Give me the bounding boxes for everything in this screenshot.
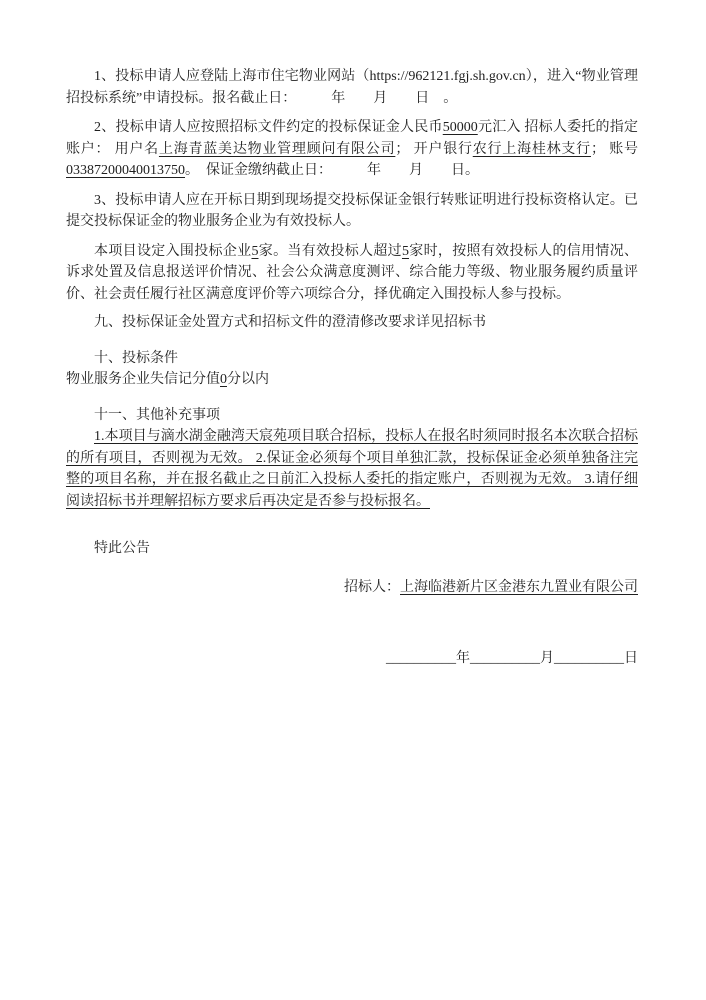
date-month-label: 月 — [540, 651, 554, 666]
paragraph-deposit-text-5: 。 保证金缴纳截止日： 年 月 日。 — [185, 163, 479, 178]
tenderer-label: 招标人： — [344, 580, 400, 595]
paragraph-deposit: 2、投标申请人应按照招标文件约定的投标保证金人民币50000元汇入 招标人委托的… — [66, 117, 638, 182]
closing-statement-text: 特此公告 — [94, 541, 150, 556]
paragraph-deposit-text-3: ； 开户银行 — [395, 142, 472, 157]
section-10-body-text-2: 分以内 — [227, 372, 269, 387]
paragraph-deposit-text-1: 2、投标申请人应按照招标文件约定的投标保证金人民币 — [94, 120, 443, 135]
section-11-heading-text: 十一、其他补充事项 — [94, 408, 220, 423]
document-page: 1、投标申请人应登陆上海市住宅物业网站（https://962121.fgj.s… — [0, 0, 706, 1000]
date-blank-day: __________ — [554, 651, 624, 666]
date-line: __________年__________月__________日 — [66, 648, 638, 670]
paragraph-registration-text: 1、投标申请人应登陆上海市住宅物业网站（https://962121.fgj.s… — [66, 69, 638, 106]
paragraph-qualification-text: 3、投标申请人应在开标日期到现场提交投标保证金银行转账证明进行投标资格认定。已提… — [66, 193, 638, 230]
section-11-heading: 十一、其他补充事项 — [66, 405, 638, 427]
closing-statement: 特此公告 — [66, 538, 638, 560]
section-9-heading: 九、投标保证金处置方式和招标文件的澄清修改要求详见招标书 — [66, 312, 638, 334]
section-11-body: 1.本项目与滴水湖金融湾天宸苑项目联合招标，投标人在报名时须同时报名本次联合招标… — [66, 426, 638, 512]
payee-name: 上海青蓝美达物业管理顾问有限公司 — [159, 142, 395, 157]
section-9-heading-text: 九、投标保证金处置方式和招标文件的澄清修改要求详见招标书 — [94, 315, 486, 330]
paragraph-shortlist-text-2: 家。当有效投标人超过 — [258, 244, 401, 259]
signature-line: 招标人：上海临港新片区金港东九置业有限公司 — [66, 577, 638, 599]
date-day-label: 日 — [624, 651, 638, 666]
paragraph-shortlist-text-1: 本项目设定入围投标企业 — [94, 244, 251, 259]
deposit-amount: 50000 — [443, 120, 478, 135]
date-blank-year: __________ — [386, 651, 456, 666]
paragraph-qualification: 3、投标申请人应在开标日期到现场提交投标保证金银行转账证明进行投标资格认定。已提… — [66, 190, 638, 233]
paragraph-deposit-text-4: ； 账号 — [591, 142, 638, 157]
paragraph-registration: 1、投标申请人应登陆上海市住宅物业网站（https://962121.fgj.s… — [66, 66, 638, 109]
section-10-heading-text: 十、投标条件 — [94, 351, 178, 366]
shortlist-threshold: 5 — [402, 244, 409, 259]
section-11-body-text: 1.本项目与滴水湖金融湾天宸苑项目联合招标，投标人在报名时须同时报名本次联合招标… — [66, 429, 638, 509]
date-blank-month: __________ — [470, 651, 540, 666]
section-10-body-text-1: 物业服务企业失信记分值 — [66, 372, 220, 387]
tenderer-company: 上海临港新片区金港东九置业有限公司 — [400, 580, 638, 595]
payee-bank: 农行上海桂林支行 — [473, 142, 591, 157]
paragraph-shortlist: 本项目设定入围投标企业5家。当有效投标人超过5家时，按照有效投标人的信用情况、诉… — [66, 241, 638, 306]
date-year-label: 年 — [456, 651, 470, 666]
payee-account-number: 03387200040013750 — [66, 163, 185, 178]
credit-score-value: 0 — [220, 372, 227, 387]
section-10-heading: 十、投标条件 — [66, 348, 638, 370]
section-10-body: 物业服务企业失信记分值0分以内 — [66, 369, 638, 391]
